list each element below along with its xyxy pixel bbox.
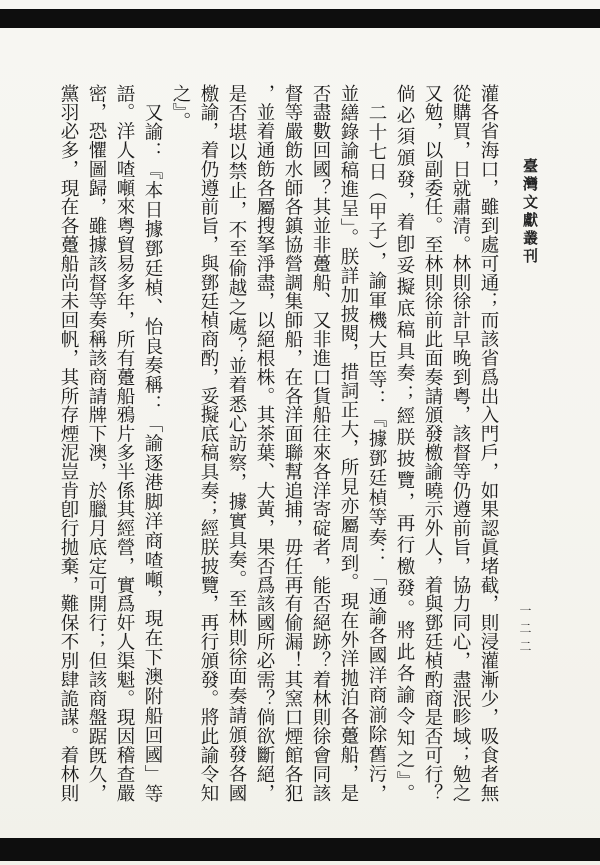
- text-column: 語。洋人喳噸來粤貿易多年，所有躉船鴉片多半係其經營，實爲奸人渠魁。現因稽查嚴: [110, 84, 138, 802]
- text-column: 檄諭，着仍遵前旨，與鄧廷楨商酌，妥擬底稿具奏；經朕披覽，再行頒發。將此諭令知: [194, 84, 222, 802]
- text-column: 從購買，日就肅清。林則徐計早晚到粤，該督等仍遵前旨，協力同心，盡泯畛域；勉之: [446, 84, 474, 802]
- bottom-binding-bar: [0, 838, 600, 861]
- text-column: 否盡數回國？其並非躉船、又非進口貨船往來各洋寄碇者，能否絕跡？着林則徐會同該: [306, 84, 334, 802]
- text-column: 是否堪以禁止，不至偷越之處？並着悉心訪察，據實具奏。至林則徐面奏請頒發各國: [222, 84, 250, 802]
- text-column: 灌各省海口，雖到處可通；而該省爲出入門戶，如果認眞堵截，則浸灌漸少，吸食者無: [474, 84, 502, 802]
- text-column: 密，恐懼圖歸，雖據該督等奏稱該商請牌下澳，於臘月底定可開行；但該商盤踞旣久，: [82, 84, 110, 802]
- top-binding-bar: [0, 9, 600, 28]
- document-page: 臺灣文獻叢刊 一二二 灌各省海口，雖到處可通；而該省爲出入門戶，如果認眞堵截，則…: [0, 0, 600, 865]
- body-text: 灌各省海口，雖到處可通；而該省爲出入門戶，如果認眞堵截，則浸灌漸少，吸食者無 從…: [54, 84, 502, 802]
- text-column: ，並着通飭各屬搜拏淨盡，以絕根株。其茶葉、大黃，果否爲該國所必需？倘欲斷絕，: [250, 84, 278, 802]
- text-column-paragraph-start: 又諭：『本日據鄧廷楨、怡良奏稱：「諭逐港脚洋商喳噸，現在下澳附船回國」等: [138, 84, 166, 802]
- text-column: 倘必須頒發，着卽妥擬底稿具奏；經朕披覽，再行檄發。將此各諭令知之』。: [390, 84, 418, 802]
- text-column: 並繕錄諭稿進呈」。朕詳加披閱，措詞正大，所見亦屬周到。現在外洋拋泊各躉船，是: [334, 84, 362, 802]
- text-column-paragraph-start: 二十七日（甲子），諭軍機大臣等：『據鄧廷楨等奏：「通諭各國洋商湔除舊污，: [362, 84, 390, 802]
- series-title: 臺灣文獻叢刊: [519, 158, 540, 266]
- text-column-paragraph-end: 之』。: [166, 84, 194, 802]
- text-column: 又勉，以副委任。至林則徐前此面奏請頒發檄諭曉示外人，着與鄧廷楨酌商是否可行？: [418, 84, 446, 802]
- text-column: 黨羽必多，現在各躉船尚未回帆，其所存煙泥豈肯卽行拋棄，難保不別肆詭謀。着林則: [54, 84, 82, 802]
- page-number: 一二二: [517, 604, 534, 658]
- text-column: 督等嚴飭水師各鎮協營調集師船，在各洋面聯幫追捕，毋任再有偷漏！其窯口煙館各犯: [278, 84, 306, 802]
